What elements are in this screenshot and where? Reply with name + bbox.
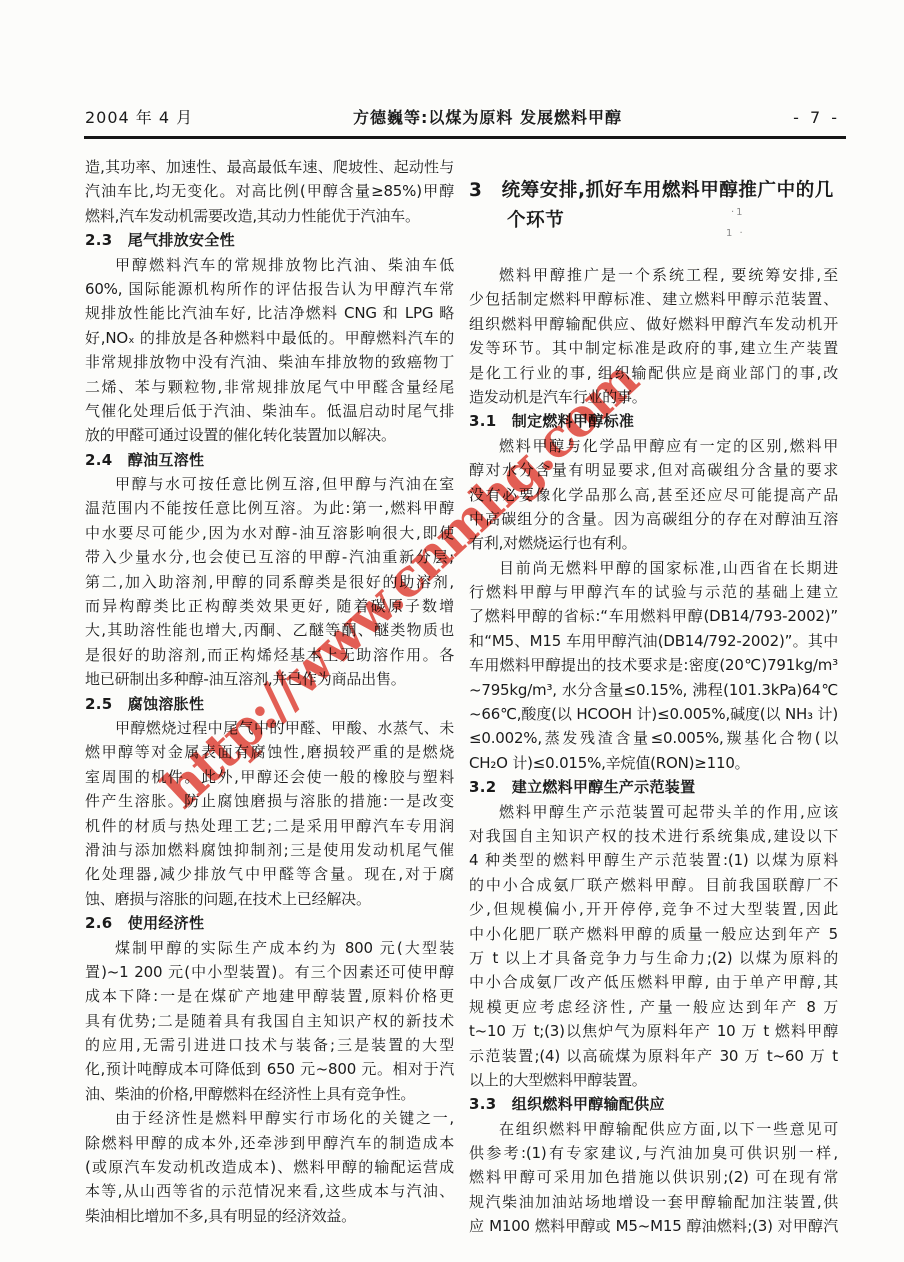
text-line: 4 种类型的燃料甲醇生产示范装置:(1) 以煤为原料 — [469, 848, 838, 872]
text-line: 发等环节。其中制定标准是政府的事,建立生产装置 — [469, 336, 838, 360]
text-line: 3.2 建立燃料甲醇生产示范装置 — [469, 775, 838, 799]
text-line: 气催化处理后低于汽油、柴油车。低温启动时尾气排 — [85, 399, 454, 423]
text-line: 少,但规模偏小,开开停停,竞争不过大型装置,因此 — [469, 897, 838, 921]
text-line: 以上的大型燃料甲醇装置。 — [469, 1068, 838, 1092]
text-line: 规模更应考虑经济性, 产量一般应达到年产 8 万 — [469, 995, 838, 1019]
text-line: 有利,对燃烧运行也有利。 — [469, 531, 838, 555]
text-line: 60%, 国际能源机构所作的评估报告认为甲醇汽车常 — [85, 277, 454, 301]
text-line: 2.6 使用经济性 — [85, 911, 454, 935]
text-line: 温范围内不能按任意比例互溶。为此:第一,燃料甲醇 — [85, 496, 454, 520]
text-line: 机件的材质与热处理工艺;二是采用甲醇汽车专用润 — [85, 814, 454, 838]
right-column: 3 统筹安排,抓好车用燃料甲醇推广中的几个环节燃料甲醇推广是一个系统工程, 要统… — [469, 155, 838, 1239]
text-line: 放的甲醛可通过设置的催化转化装置加以解决。 — [85, 423, 454, 447]
text-line: 带入少量水分,也会使已互溶的甲醇-汽油重新分层; — [85, 545, 454, 569]
text-line: 甲醇燃料汽车的常规排放物比汽油、柴油车低 — [85, 253, 454, 277]
body-columns: 造,其功率、加速性、最高最低车速、爬坡性、起动性与汽油车比,均无变化。对高比例(… — [85, 155, 838, 1239]
text-line: 燃料,汽车发动机需要改造,其动力性能优于汽油车。 — [85, 204, 454, 228]
left-column: 造,其功率、加速性、最高最低车速、爬坡性、起动性与汽油车比,均无变化。对高比例(… — [85, 155, 454, 1239]
text-line: 3 统筹安排,抓好车用燃料甲醇推广中的几 — [469, 176, 838, 206]
text-line: 汽油车比,均无变化。对高比例(甲醇含量≥85%)甲醇 — [85, 179, 454, 203]
text-line: 行燃料甲醇与甲醇汽车的试验与示范的基础上建立 — [469, 580, 838, 604]
text-line: 和“M5、M15 车用甲醇汽油(DB14/792-2002)”。其中对 — [469, 629, 838, 653]
text-line: 的应用,无需引进进口技术与装备;三是装置的大型 — [85, 1033, 454, 1057]
text-line: 好,NOₓ 的排放是各种燃料中最低的。甲醇燃料汽车的 — [85, 326, 454, 350]
text-line: 是化工行业的事, 组织输配供应是商业部门的事,改 — [469, 361, 838, 385]
text-line: 由于经济性是燃料甲醇实行市场化的关键之一, — [85, 1106, 454, 1130]
text-line: 在组织燃料甲醇输配供应方面,以下一些意见可 — [469, 1117, 838, 1141]
text-line: ~66℃,酸度(以 HCOOH 计)≤0.005%,碱度(以 NH₃ 计) — [469, 702, 838, 726]
text-line: 件产生溶胀。防止腐蚀磨损与溶胀的措施:一是改变 — [85, 789, 454, 813]
text-line: 中小合成氨厂改产低压燃料甲醇, 由于单产甲醇,其 — [469, 970, 838, 994]
header-running-title: 方德巍等:以煤为原料 发展燃料甲醇 — [255, 105, 720, 128]
text-line: 2.5 腐蚀溶胀性 — [85, 692, 454, 716]
text-line: (或原汽车发动机改造成本)、燃料甲醇的输配运营成 — [85, 1155, 454, 1179]
text-line: 化,预计吨醇成本可降低到 650 元~800 元。相对于汽 — [85, 1057, 454, 1081]
text-line: ~795kg/m³, 水分含量≤0.15%, 沸程(101.3kPa)64℃ — [469, 678, 838, 702]
text-line: 2.3 尾气排放安全性 — [85, 228, 454, 252]
text-line: 少包括制定燃料甲醇标准、建立燃料甲醇示范装置、 — [469, 287, 838, 311]
text-line: 燃料甲醇与化学品甲醇应有一定的区别,燃料甲 — [469, 434, 838, 458]
text-line: 车用燃料甲醇提出的技术要求是:密度(20℃)791kg/m³ — [469, 653, 838, 677]
text-line: 3.1 制定燃料甲醇标准 — [469, 409, 838, 433]
text-line: 2.4 醇油互溶性 — [85, 448, 454, 472]
text-line: 油、柴油的价格,甲醇燃料在经济性上具有竞争性。 — [85, 1082, 454, 1106]
text-line: 置)~1 200 元(中小型装置)。有三个因素还可使甲醇 — [85, 960, 454, 984]
text-line: t~10 万 t;(3)以焦炉气为原料年产 10 万 t 燃料甲醇 — [469, 1019, 838, 1043]
text-line: 造发动机是汽车行业的事。 — [469, 385, 838, 409]
text-line: 的中小合成氨厂联产燃料甲醇。目前我国联醇厂不 — [469, 873, 838, 897]
text-line: 规排放性能比汽油车好, 比洁净燃料 CNG 和 LPG 略 — [85, 301, 454, 325]
text-line: 燃甲醇等对金属表面有腐蚀性,磨损较严重的是燃烧 — [85, 740, 454, 764]
text-line: 甲醇与水可按任意比例互溶,但甲醇与汽油在室 — [85, 472, 454, 496]
text-line: 蚀、磨损与溶胀的问题,在技术上已经解决。 — [85, 887, 454, 911]
header-page-number: - 7 - — [720, 108, 840, 127]
text-line: 本等,从山西等省的示范情况来看,这些成本与汽油、 — [85, 1179, 454, 1203]
text-line: 供参考:(1)有专家建议,与汽油加臭可供识别一样, — [469, 1141, 838, 1165]
scanned-journal-page: 2004 年 4 月 方德巍等:以煤为原料 发展燃料甲醇 - 7 - 造,其功率… — [0, 0, 904, 1262]
text-line: 化处理器,减少排放气中甲醛等含量。现在,对于腐 — [85, 862, 454, 886]
text-line: 3.3 组织燃料甲醇输配供应 — [469, 1092, 838, 1116]
text-line: 醇对水分含量有明显要求,但对高碳组分含量的要求 — [469, 458, 838, 482]
text-line: 煤制甲醇的实际生产成本约为 800 元(大型装 — [85, 936, 454, 960]
text-line: 对我国自主知识产权的技术进行系统集成,建设以下 — [469, 824, 838, 848]
text-line: 燃料甲醇可采用加色措施以供识别;(2) 可在现有常 — [469, 1165, 838, 1189]
text-line: 目前尚无燃料甲醇的国家标准,山西省在长期进 — [469, 556, 838, 580]
text-line: 地已研制出多种醇-油互溶剂,并已作为商品出售。 — [85, 667, 454, 691]
text-line: 造,其功率、加速性、最高最低车速、爬坡性、起动性与 — [85, 155, 454, 179]
text-line: 二烯、苯与颗粒物,非常规排放尾气中甲醛含量经尾 — [85, 375, 454, 399]
text-line: 中水要尽可能少,因为水对醇-油互溶影响很大,即使 — [85, 521, 454, 545]
text-line: 柴油相比增加不多,具有明显的经济效益。 — [85, 1204, 454, 1228]
text-line: 除燃料甲醇的成本外,还牵涉到甲醇汽车的制造成本 — [85, 1131, 454, 1155]
text-line: 室周围的机件。此外,甲醇还会使一般的橡胶与塑料 — [85, 765, 454, 789]
text-line: 规汽柴油加油站场地增设一套甲醇输配加注装置,供 — [469, 1190, 838, 1214]
text-line: 中高碳组分的含量。因为高碳组分的存在对醇油互溶 — [469, 507, 838, 531]
text-line: 个环节 — [469, 206, 838, 236]
text-line: CH₂O 计)≤0.015%,辛烷值(RON)≥110。 — [469, 751, 838, 775]
text-line: 了燃料甲醇的省标:“车用燃料甲醇(DB14/793-2002)” — [469, 604, 838, 628]
text-line: ≤0.002%,蒸发残渣含量≤0.005%,羰基化合物(以 — [469, 726, 838, 750]
text-line: 中小化肥厂联产燃料甲醇的质量一般应达到年产 5 — [469, 922, 838, 946]
scan-artifact: 1 · — [726, 228, 745, 239]
text-line: 是很好的助溶剂,而正构烯烃基本上无助溶作用。各 — [85, 643, 454, 667]
text-line: 示范装置;(4) 以高硫煤为原料年产 30 万 t~60 万 t — [469, 1044, 838, 1068]
text-line: 没有必要像化学品那么高,甚至还应尽可能提高产品 — [469, 483, 838, 507]
text-line: 滑油与添加燃料腐蚀抑制剂;三是使用发动机尾气催 — [85, 838, 454, 862]
text-line: 具有优势;二是随着具有我国自主知识产权的新技术 — [85, 1009, 454, 1033]
text-line: 第二,加入助溶剂,甲醇的同系醇类是很好的助溶剂, — [85, 570, 454, 594]
text-line: 燃料甲醇生产示范装置可起带头羊的作用,应该 — [469, 800, 838, 824]
text-line: 而异构醇类比正构醇类效果更好, 随着碳原子数增 — [85, 594, 454, 618]
scan-artifact: ·1 — [731, 207, 745, 218]
text-line: 大,其助溶性能也增大,丙酮、乙醚等酮、醚类物质也 — [85, 618, 454, 642]
text-line: 燃料甲醇推广是一个系统工程, 要统筹安排,至 — [469, 263, 838, 287]
text-line: 万 t 以上才具备竞争力与生命力;(2) 以煤为原料的 — [469, 946, 838, 970]
text-line: 甲醇燃烧过程中尾气中的甲醛、甲酸、水蒸气、未 — [85, 716, 454, 740]
page-header: 2004 年 4 月 方德巍等:以煤为原料 发展燃料甲醇 - 7 - — [85, 105, 840, 128]
header-date: 2004 年 4 月 — [85, 105, 255, 128]
text-line: 非常规排放物中没有汽油、柴油车排放物的致癌物丁 — [85, 350, 454, 374]
header-rule — [84, 136, 846, 139]
text-line: 应 M100 燃料甲醇或 M5~M15 醇油燃料;(3) 对甲醇汽 — [469, 1214, 838, 1238]
text-line: 成本下降:一是在煤矿产地建甲醇装置,原料价格更 — [85, 984, 454, 1008]
text-line: 组织燃料甲醇输配供应、做好燃料甲醇汽车发动机开 — [469, 312, 838, 336]
